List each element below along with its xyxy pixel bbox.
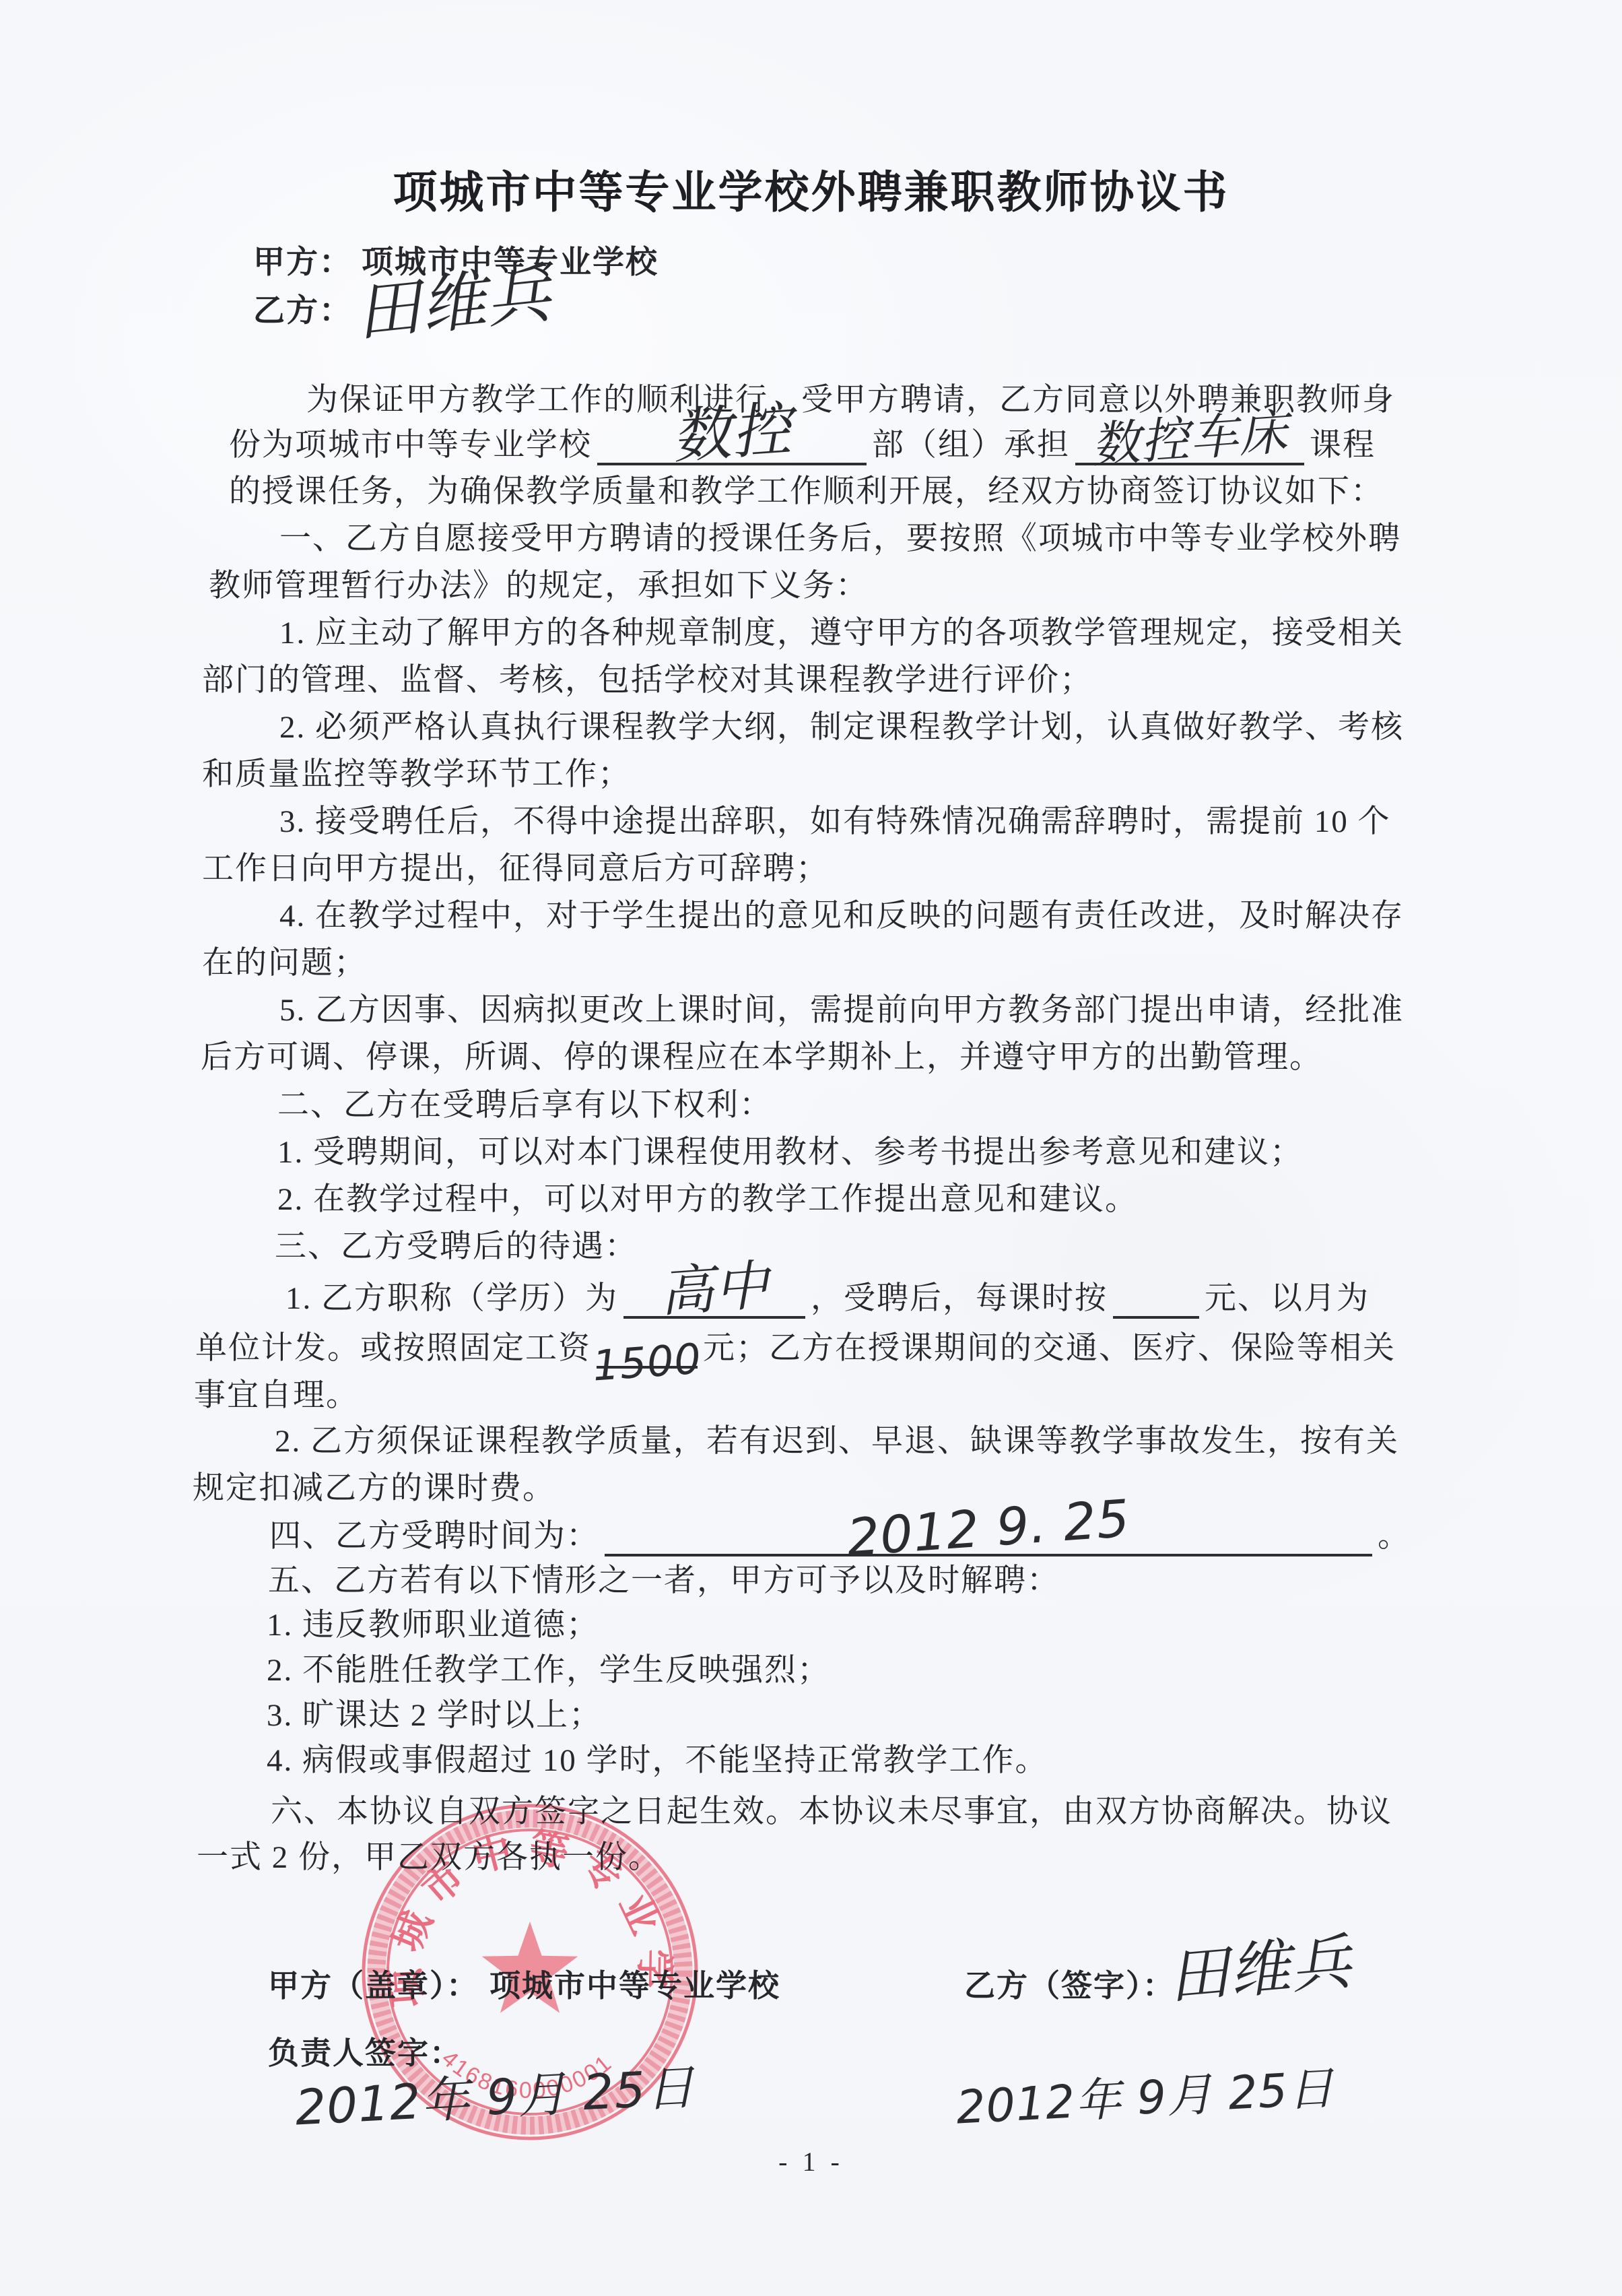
body-text: 课程 [1310,428,1376,463]
body-text: 部门的管理、监督、考核，包括学校对其课程教学进行评价； [202,663,1093,698]
body-text: 一式 2 份，甲乙双方各执一份。 [197,1840,661,1875]
fill-in-blank[interactable] [1113,1281,1199,1319]
body-line: 部门的管理、监督、考核，包括学校对其课程教学进行评价； [202,660,1093,700]
body-text: 二、乙方在受聘后享有以下权利： [277,1088,772,1123]
handwriting: 数控 [670,399,794,467]
body-line: 的授课任务，为确保教学质量和教学工作顺利开展，经双方协商签订协议如下： [229,471,1384,512]
body-line: 六、本协议自双方签字之日起生效。本协议未尽事宜，由双方协商解决。协议 [271,1792,1392,1832]
body-line: 二、乙方在受聘后享有以下权利： [277,1085,772,1125]
body-line: 事宜自理。 [194,1375,359,1416]
party-b-name-handwriting: 田维兵 [353,261,554,346]
body-line: 单位计发。或按照固定工资1500元；乙方在授课期间的交通、医疗、保险等相关 [195,1328,1396,1369]
fill-in-blank[interactable]: 高中 [623,1281,805,1319]
body-line: 在的问题； [202,943,367,983]
party-b-label: 乙方： [253,294,352,329]
body-text: 的授课任务，为确保教学质量和教学工作顺利开展，经双方协商签订协议如下： [229,474,1384,509]
party-a-seal-value: 项城市中等专业学校 [489,1969,780,2003]
body-text: 1. 违反教师职业道德； [267,1608,599,1643]
body-line: 5. 乙方因事、因病拟更改上课时间，需提前向甲方教务部门提出申请，经批准 [279,990,1404,1030]
body-text: 在的问题； [202,946,367,981]
body-text: 三、乙方受聘后的待遇： [275,1229,638,1264]
fill-in-blank[interactable]: 1500 [597,1331,698,1369]
body-line: 一、乙方自愿接受甲方聘请的授课任务后，要按照《项城市中等专业学校外聘 [279,519,1401,559]
party-b-signature-handwriting: 田维兵 [1166,1932,1355,2008]
body-text: 3. 接受聘任后，不得中途提出辞职，如有特殊情况确需辞聘时，需提前 10 个 [279,804,1391,839]
party-a-seal-label: 甲方（盖章）：项城市中等专业学校 [268,1961,780,2006]
body-text: 1. 应主动了解甲方的各种规章制度，遵守甲方的各项教学管理规定，接受相关 [279,616,1404,651]
body-text: 2. 不能胜任教学工作，学生反映强烈； [267,1653,830,1688]
fill-in-blank[interactable]: 2012 9. 25 [605,1519,1372,1556]
body-line: 4. 病假或事假超过 10 学时，不能坚持正常教学工作。 [267,1740,1048,1781]
handwriting: 2012 9. 25 [845,1493,1131,1563]
fill-in-blank[interactable]: 数控 [597,428,867,465]
body-text: 五、乙方若有以下情形之一者，甲方可予以及时解聘： [268,1563,1060,1598]
body-line: 三、乙方受聘后的待遇： [275,1226,638,1267]
party-b-sign-label: 乙方（签字）： [964,1961,1175,2006]
body-line: 3. 接受聘任后，不得中途提出辞职，如有特殊情况确需辞聘时，需提前 10 个 [279,801,1391,842]
handwriting: 高中 [658,1258,770,1319]
document-title: 项城市中等专业学校外聘兼职教师协议书 [0,156,1622,220]
body-text: 一、乙方自愿接受甲方聘请的授课任务后，要按照《项城市中等专业学校外聘 [279,521,1401,556]
body-text: 部（组）承担 [872,428,1070,463]
body-line: 1. 乙方职称（学历）为高中，受聘后，每课时按元、以月为 [285,1278,1370,1319]
body-line: 1. 受聘期间，可以对本门课程使用教材、参考书提出参考意见和建议； [277,1132,1303,1173]
body-text: 4. 在教学过程中，对于学生提出的意见和反映的问题有责任改进，及时解决存 [279,898,1404,933]
party-a-seal-label-text: 甲方（盖章）： [268,1969,479,2003]
body-text: 3. 旷课达 2 学时以上； [267,1698,602,1733]
body-text: 元；乙方在授课期间的交通、医疗、保险等相关 [703,1331,1396,1366]
fill-in-blank[interactable]: 数控车床 [1075,428,1304,465]
body-line: 一式 2 份，甲乙双方各执一份。 [197,1837,661,1878]
body-text: 4. 病假或事假超过 10 学时，不能坚持正常教学工作。 [267,1743,1048,1778]
body-line: 四、乙方受聘时间为：2012 9. 25。 [269,1516,1411,1556]
body-text: 元、以月为 [1205,1281,1370,1316]
body-text: 工作日向甲方提出，征得同意后方可辞聘； [202,851,829,886]
body-line: 教师管理暂行办法》的规定，承担如下义务： [209,566,869,606]
body-text: 。 [1378,1519,1411,1554]
body-text: 后方可调、停课，所调、停的课程应在本学期补上，并遵守甲方的出勤管理。 [201,1040,1322,1075]
party-a-label: 甲方： [253,245,352,280]
body-line: 规定扣减乙方的课时费。 [193,1468,555,1509]
body-text: 六、本协议自双方签字之日起生效。本协议未尽事宜，由双方协商解决。协议 [271,1794,1392,1829]
body-text: 1. 乙方职称（学历）为 [285,1281,618,1316]
body-line: 2. 不能胜任教学工作，学生反映强烈； [267,1650,830,1691]
body-text: 教师管理暂行办法》的规定，承担如下义务： [209,568,869,603]
handwriting: 1500 [591,1338,703,1387]
body-text: 份为项城市中等专业学校 [229,428,592,463]
body-text: 规定扣减乙方的课时费。 [193,1471,555,1506]
body-line: 1. 违反教师职业道德； [267,1605,599,1645]
date-party-b-handwriting: 2012年 9月 25日 [955,2066,1336,2131]
body-text: 单位计发。或按照固定工资 [195,1331,591,1366]
body-line: 五、乙方若有以下情形之一者，甲方可予以及时解聘： [268,1561,1060,1601]
handwriting: 数控车床 [1090,407,1289,469]
body-line: 工作日向甲方提出，征得同意后方可辞聘； [202,849,829,889]
body-text: ，受聘后，每课时按 [811,1281,1108,1316]
body-text: 事宜自理。 [194,1378,359,1413]
body-line: 后方可调、停课，所调、停的课程应在本学期补上，并遵守甲方的出勤管理。 [201,1037,1322,1078]
body-line: 2. 在教学过程中，可以对甲方的教学工作提出意见和建议。 [277,1179,1138,1220]
page-number: - 1 - [0,2146,1622,2177]
body-text: 5. 乙方因事、因病拟更改上课时间，需提前向甲方教务部门提出申请，经批准 [279,993,1404,1028]
body-line: 2. 乙方须保证课程教学质量，若有迟到、早退、缺课等教学事故发生，按有关 [275,1421,1399,1462]
responsible-sign-label: 负责人签字： [268,2029,462,2073]
body-line: 2. 必须严格认真执行课程教学大纲，制定课程教学计划，认真做好教学、考核 [279,707,1404,748]
body-text: 2. 必须严格认真执行课程教学大纲，制定课程教学计划，认真做好教学、考核 [279,710,1404,745]
scanned-agreement-page: 项城市中等专业学校 4168160000001 项城市中等专业学校外聘兼职教师协… [0,0,1622,2296]
body-text: 1. 受聘期间，可以对本门课程使用教材、参考书提出参考意见和建议； [277,1135,1303,1170]
body-text: 和质量监控等教学环节工作； [202,757,631,792]
body-line: 1. 应主动了解甲方的各种规章制度，遵守甲方的各项教学管理规定，接受相关 [279,613,1404,653]
body-line: 4. 在教学过程中，对于学生提出的意见和反映的问题有责任改进，及时解决存 [279,896,1404,936]
body-line: 3. 旷课达 2 学时以上； [267,1695,602,1736]
body-line: 份为项城市中等专业学校数控部（组）承担数控车床课程 [229,425,1376,465]
body-text: 四、乙方受聘时间为： [269,1519,599,1554]
body-line: 和质量监控等教学环节工作； [202,754,631,795]
body-text: 2. 乙方须保证课程教学质量，若有迟到、早退、缺课等教学事故发生，按有关 [275,1424,1399,1459]
party-b-row: 乙方： [253,286,352,331]
body-text: 2. 在教学过程中，可以对甲方的教学工作提出意见和建议。 [277,1182,1138,1217]
